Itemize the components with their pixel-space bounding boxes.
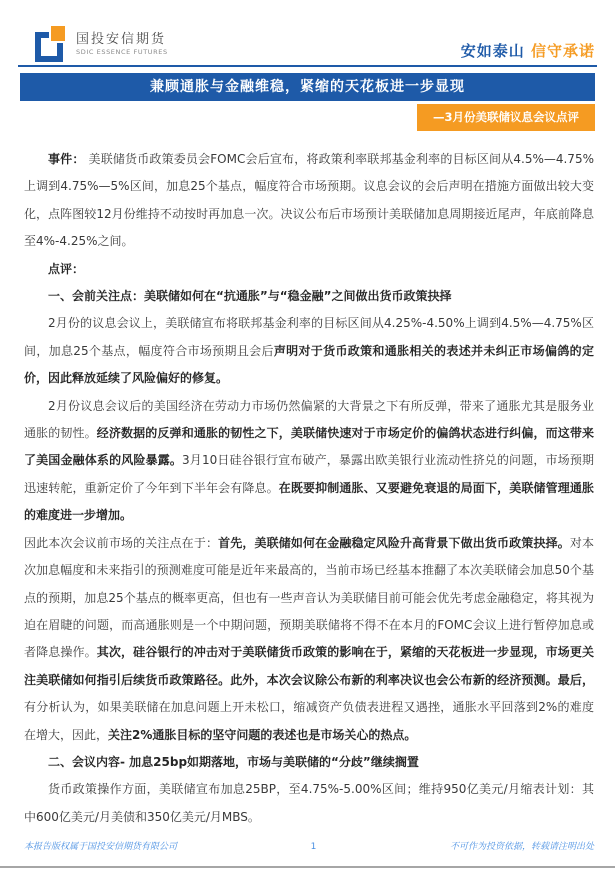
footer-disclaimer: 不可作为投资依据，转载请注明出处 <box>450 839 594 852</box>
paragraph: 货币政策操作方面，美联储宣布加息25BP，至4.75%-5.00%区间；维持95… <box>24 776 594 831</box>
text-run: 首先，美联储如何在金融稳定风险升高背景下做出货币政策抉择。 <box>218 536 570 550</box>
body-paragraphs: 事件： 美联储货币政策委员会FOMC会后宣布，将政策利率联邦基金利率的目标区间从… <box>24 146 594 831</box>
paragraph: 因此本次会议前市场的关注点在于：首先，美联储如何在金融稳定风险升高背景下做出货币… <box>24 530 594 749</box>
text-run: 点评： <box>48 262 84 276</box>
text-run: 其次，硅谷银行的冲击对于美联储货币政策的影响在于，紧缩的天花板进一步显现，市场更… <box>24 645 594 686</box>
paragraph: 二、会议内容- 加息25bp如期落地，市场与美联储的“分歧”继续搁置 <box>24 749 594 776</box>
company-slogan: 安如泰山 信守承诺 <box>461 40 595 61</box>
text-run: 美联储货币政策委员会FOMC会后宣布，将政策利率联邦基金利率的目标区间从4.5%… <box>24 152 594 248</box>
report-title-bar: 兼顾通胀与金融维稳，紧缩的天花板进一步显现 <box>20 73 595 101</box>
report-page: 国投安信期货 SDIC ESSENCE FUTURES 安如泰山 信守承诺 兼顾… <box>0 0 615 870</box>
text-run: 对本次加息幅度和未来指引的预测难度可能是近年来最高的，当前市场已经基本推翻了本次… <box>24 536 594 660</box>
paragraph: 2月份的议息会议上，美联储宣布将联邦基金利率的目标区间从4.25%-4.50%上… <box>24 310 594 392</box>
company-name-en: SDIC ESSENCE FUTURES <box>76 49 168 56</box>
company-brand: 国投安信期货 SDIC ESSENCE FUTURES <box>35 26 168 63</box>
text-run: 货币政策操作方面，美联储宣布加息25BP，至4.75%-5.00%区间；维持95… <box>24 782 594 823</box>
paragraph: 点评： <box>24 256 594 283</box>
paragraph: 2月份议息会议后的美国经济在劳动力市场仍然偏紧的大背景之下有所反弹，带来了通胀尤… <box>24 393 594 530</box>
text-run: 因此本次会议前市场的关注点在于： <box>24 536 218 550</box>
bottom-divider <box>0 866 615 868</box>
text-run: 事件： <box>48 152 85 166</box>
report-subtitle-bar: —3月份美联储议息会议点评 <box>417 104 595 131</box>
slogan-part1: 安如泰山 <box>461 42 525 60</box>
page-footer: 本报告版权属于国投安信期货有限公司 1 不可作为投资依据，转载请注明出处 <box>24 839 594 852</box>
text-run: 一、会前关注点：美联储如何在“抗通胀”与“稳金融”之间做出货币政策抉择 <box>48 289 452 303</box>
logo-orange-square <box>51 26 65 41</box>
text-run: 关注2%通胀目标的坚守问题的表述也是市场关心的热点。 <box>108 728 416 742</box>
text-run: 二、会议内容- 加息25bp如期落地，市场与美联储的“分歧”继续搁置 <box>48 755 419 769</box>
footer-copyright: 本报告版权属于国投安信期货有限公司 <box>24 839 177 852</box>
slogan-part2: 信守承诺 <box>531 42 595 60</box>
page-number: 1 <box>311 842 317 852</box>
company-name-cn: 国投安信期货 <box>76 33 168 47</box>
paragraph: 一、会前关注点：美联储如何在“抗通胀”与“稳金融”之间做出货币政策抉择 <box>24 283 594 310</box>
brand-text: 国投安信期货 SDIC ESSENCE FUTURES <box>76 33 168 56</box>
header-divider <box>18 65 597 67</box>
paragraph: 事件： 美联储货币政策委员会FOMC会后宣布，将政策利率联邦基金利率的目标区间从… <box>24 146 594 256</box>
company-logo-icon <box>35 26 69 63</box>
